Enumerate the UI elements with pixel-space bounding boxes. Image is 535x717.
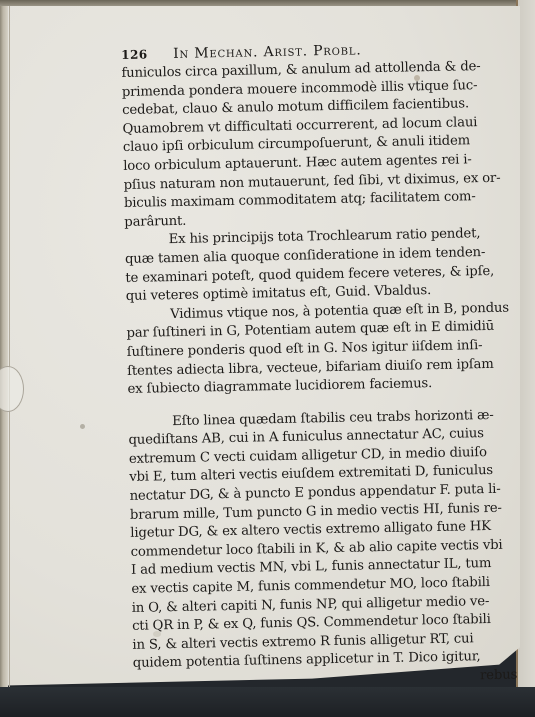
paragraph-2: Ex his principijs tota Trochlearum ratio… [125,225,518,307]
table-surface [0,687,535,717]
paragraph-4: Eſto linea quædam ſtabilis ceu trabs hor… [128,406,525,674]
running-title: In Mechan. Arist. Probl. [173,42,362,62]
page-binding-edge [0,6,8,696]
book-photograph: 126 In Mechan. Arist. Probl. funiculos c… [0,0,535,717]
paper-speck [80,424,85,429]
paragraph-3: Vidimus vtique nos, à potentia quæ eſt i… [126,299,520,399]
page-text: 126 In Mechan. Arist. Probl. funiculos c… [121,39,525,692]
paragraph-1: funiculos circa paxillum, & anulum ad at… [121,57,516,232]
binding-line [9,6,10,696]
page-number: 126 [121,47,173,62]
